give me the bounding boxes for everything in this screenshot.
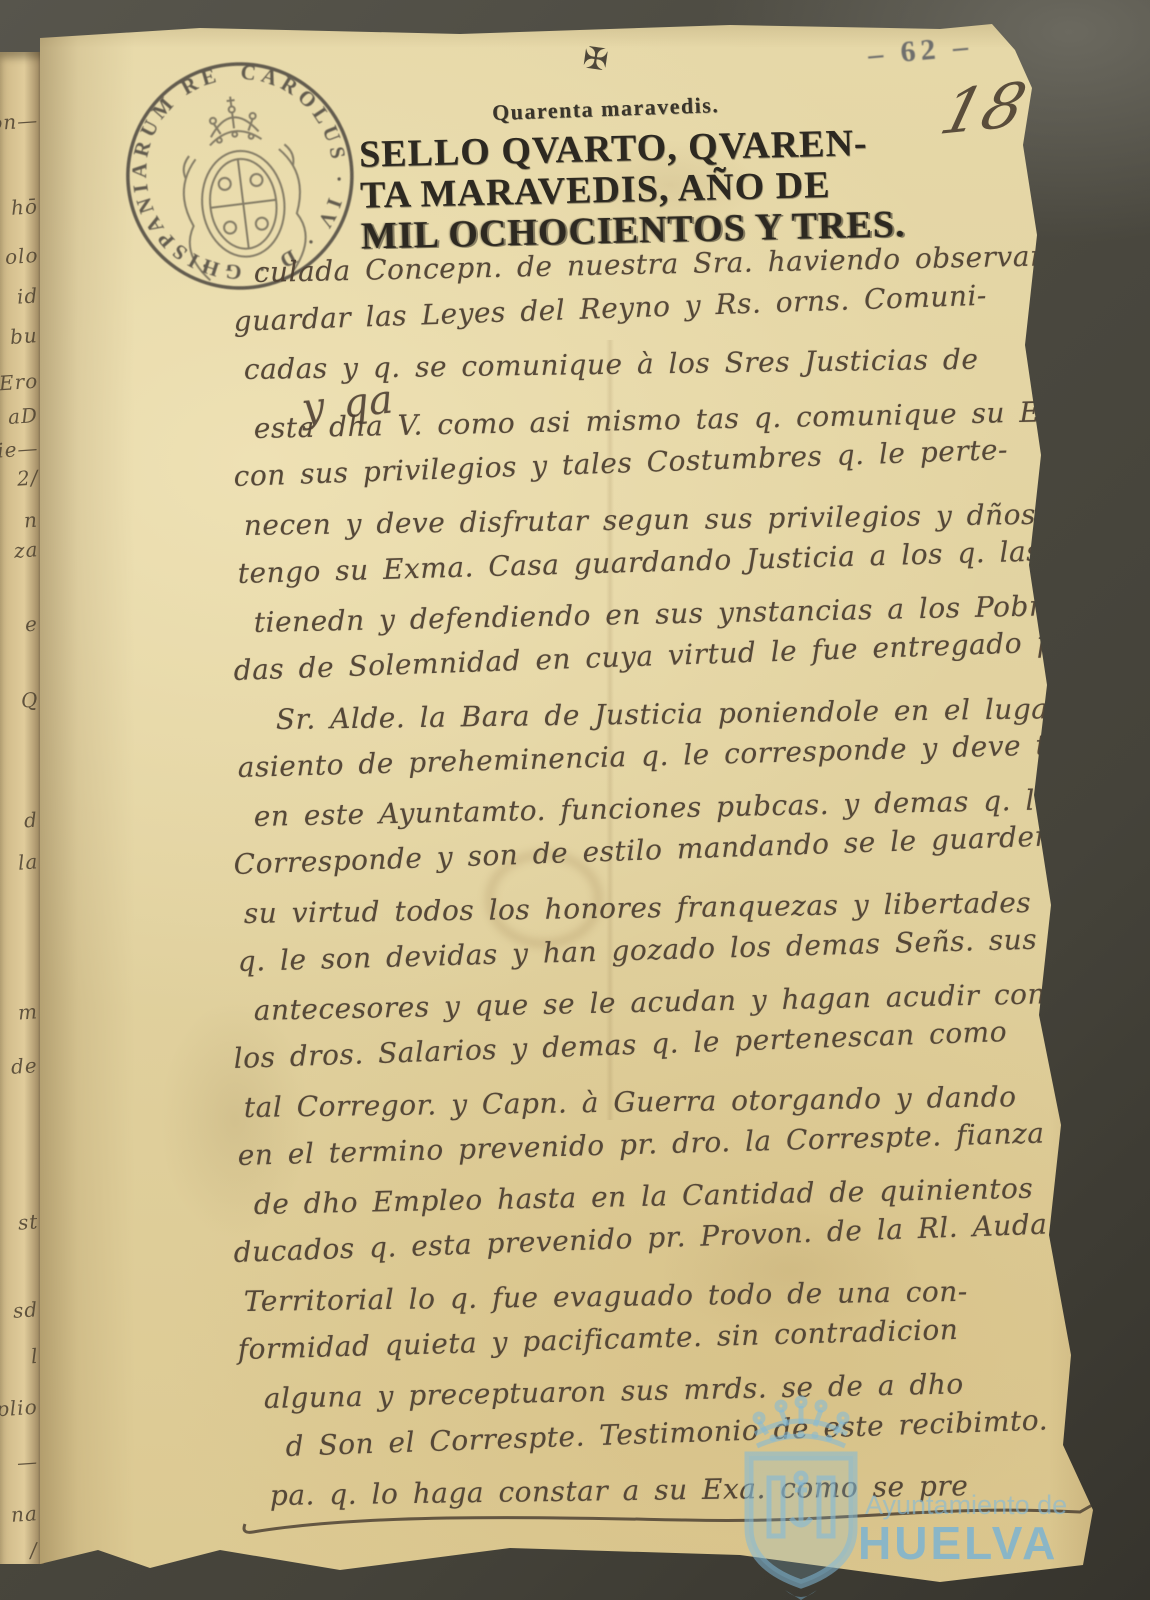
marginal-fragment: Q — [20, 687, 39, 712]
marginal-fragment: na — [10, 1501, 38, 1527]
marginal-fragment: / — [29, 1538, 38, 1562]
archive-page-number: – 62 – — [867, 29, 975, 72]
marginal-fragment: — — [16, 1449, 39, 1474]
manuscript-page: CAROLUS · IV · D · G · HISPANIARUM REX ✠ — [40, 20, 1125, 1600]
marginal-fragment: e — [24, 612, 38, 637]
marginal-fragment: st — [17, 1209, 39, 1234]
marginal-fragment: la — [17, 849, 39, 874]
marginal-fragment: con— — [0, 108, 39, 136]
marginal-fragment: l — [30, 1344, 39, 1368]
archival-photo: con—hōoloidbuEroaDidie—2/nzaeQdlamdestsd… — [0, 0, 1150, 1600]
marginal-fragment: d — [23, 808, 38, 833]
huelva-watermark: Ayuntamiento de HUELVA — [700, 1388, 1140, 1600]
marginal-fragment: plio — [0, 1395, 39, 1422]
marginal-fragment: Ero — [0, 369, 39, 396]
marginal-fragment: sd — [12, 1297, 39, 1323]
cross-ornament: ✠ — [581, 40, 611, 78]
seal-legend-left: HISPANIARUM REX — [108, 41, 247, 293]
marginal-fragment: m — [17, 999, 39, 1024]
folio-number: 18 — [933, 68, 1033, 149]
svg-text:HISPANIARUM REX: HISPANIARUM REX — [108, 41, 247, 293]
marginal-fragment: olo — [4, 243, 39, 269]
marginal-fragment: za — [13, 537, 39, 563]
marginal-fragment: de — [11, 1053, 39, 1079]
huelva-crest-icon — [725, 1394, 877, 1600]
marginal-fragment: idie— — [0, 436, 39, 464]
previous-page-edge: con—hōoloidbuEroaDidie—2/nzaeQdlamdestsd… — [0, 52, 44, 1564]
marginal-fragment: bu — [10, 323, 39, 349]
marginal-fragment: 2/ — [16, 465, 39, 490]
printed-header: SELLO QVARTO, QVAREN-TA MARAVEDIS, AÑO D… — [359, 121, 942, 257]
marginal-fragment: aD — [7, 403, 39, 429]
marginal-fragment: id — [16, 283, 39, 308]
manuscript-text: culada Concepn. de nuestra Sra. haviendo… — [230, 256, 1110, 1527]
marginal-fragment: hō — [10, 194, 39, 220]
stamp-value-text: Quarenta maravedis. — [492, 92, 720, 126]
marginal-fragment: n — [23, 508, 39, 533]
watermark-text-line2: HUELVA — [858, 1516, 1058, 1570]
